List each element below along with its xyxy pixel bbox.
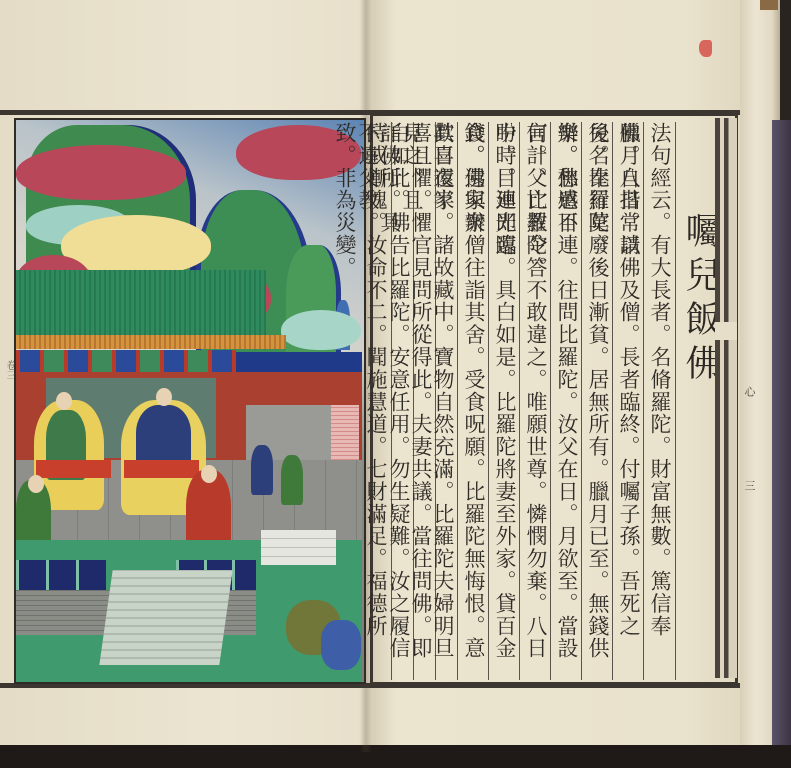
text-column: 法句經云。有大長者。名脩羅陀。財富無數。篤信奉佛。自揩常以 [643, 122, 675, 680]
background-surface [0, 745, 791, 768]
head [28, 475, 44, 493]
palace-roof [16, 270, 266, 340]
railing-left [16, 560, 106, 590]
text-column: 盼。目連即還。具白如是。比羅陀將妻至外家。貸百金錢。還家辦 [488, 122, 520, 680]
text-column: 言。父亡教令。不敢違之。唯願世尊。憐憫勿棄。八日中時。廻光臨 [519, 122, 551, 680]
teal-cloud [281, 310, 361, 350]
offering-table [36, 460, 111, 478]
red-cloud [16, 145, 186, 200]
text-column: 其日夜半。諸故藏中。寶物自然充滿。比羅陀夫婦明旦見之。且 [435, 122, 458, 680]
text-column: 樂。佛遣目連。往問比羅陀。汝父在日。月欲至。當設何計。比羅陀答 [550, 122, 582, 680]
offering-table [124, 460, 199, 478]
fishtail-gap [715, 322, 737, 340]
roof-eave [16, 335, 286, 349]
fishtail-mark: 心 [741, 386, 757, 397]
central-stairs [99, 570, 232, 665]
text-column: 持戒慚愧。汝命不二。聞施慧道。七財滿足。福德所致。非為災變。 [369, 122, 391, 680]
text-column: 白如此。佛告比羅陀。安意任用。勿生疑難。汝之履信不違父教。 [391, 122, 414, 680]
book-cover-edge [772, 120, 791, 768]
head [156, 388, 172, 406]
binding-tab [760, 0, 778, 10]
fishtail-mark: 三 [741, 480, 757, 491]
child-figure [251, 445, 273, 495]
red-seal-fragment [699, 40, 712, 57]
text-column: 兒名比羅陀。後日漸貧。居無所有。臘月已至。無錢供辦。愁感不 [581, 122, 613, 680]
text-column: 臘月八日。請佛及僧。長者臨終。付囑子孫。吾死之後。奉行莫廢 [612, 122, 644, 680]
garden-rock [321, 620, 361, 670]
illustration-panel [14, 118, 366, 684]
fishtail-margin [715, 118, 737, 678]
text-column: 食。佛與衆僧往詣其舍。受食呪願。比羅陀無悔恨。意歡喜還家 [457, 122, 489, 680]
side-steps [261, 530, 336, 565]
decorated-frieze [16, 350, 246, 372]
head [201, 465, 217, 483]
head [56, 392, 72, 410]
text-column: 喜且懼。懼官見問所從得此。夫妻共議。當往問佛。即詣佛所。具 [413, 122, 436, 680]
text-frame: 囑兒飯佛 法句經云。有大長者。名脩羅陀。財富無數。篤信奉佛。自揩常以 臘月八日。… [370, 113, 738, 685]
child-figure [281, 455, 303, 505]
